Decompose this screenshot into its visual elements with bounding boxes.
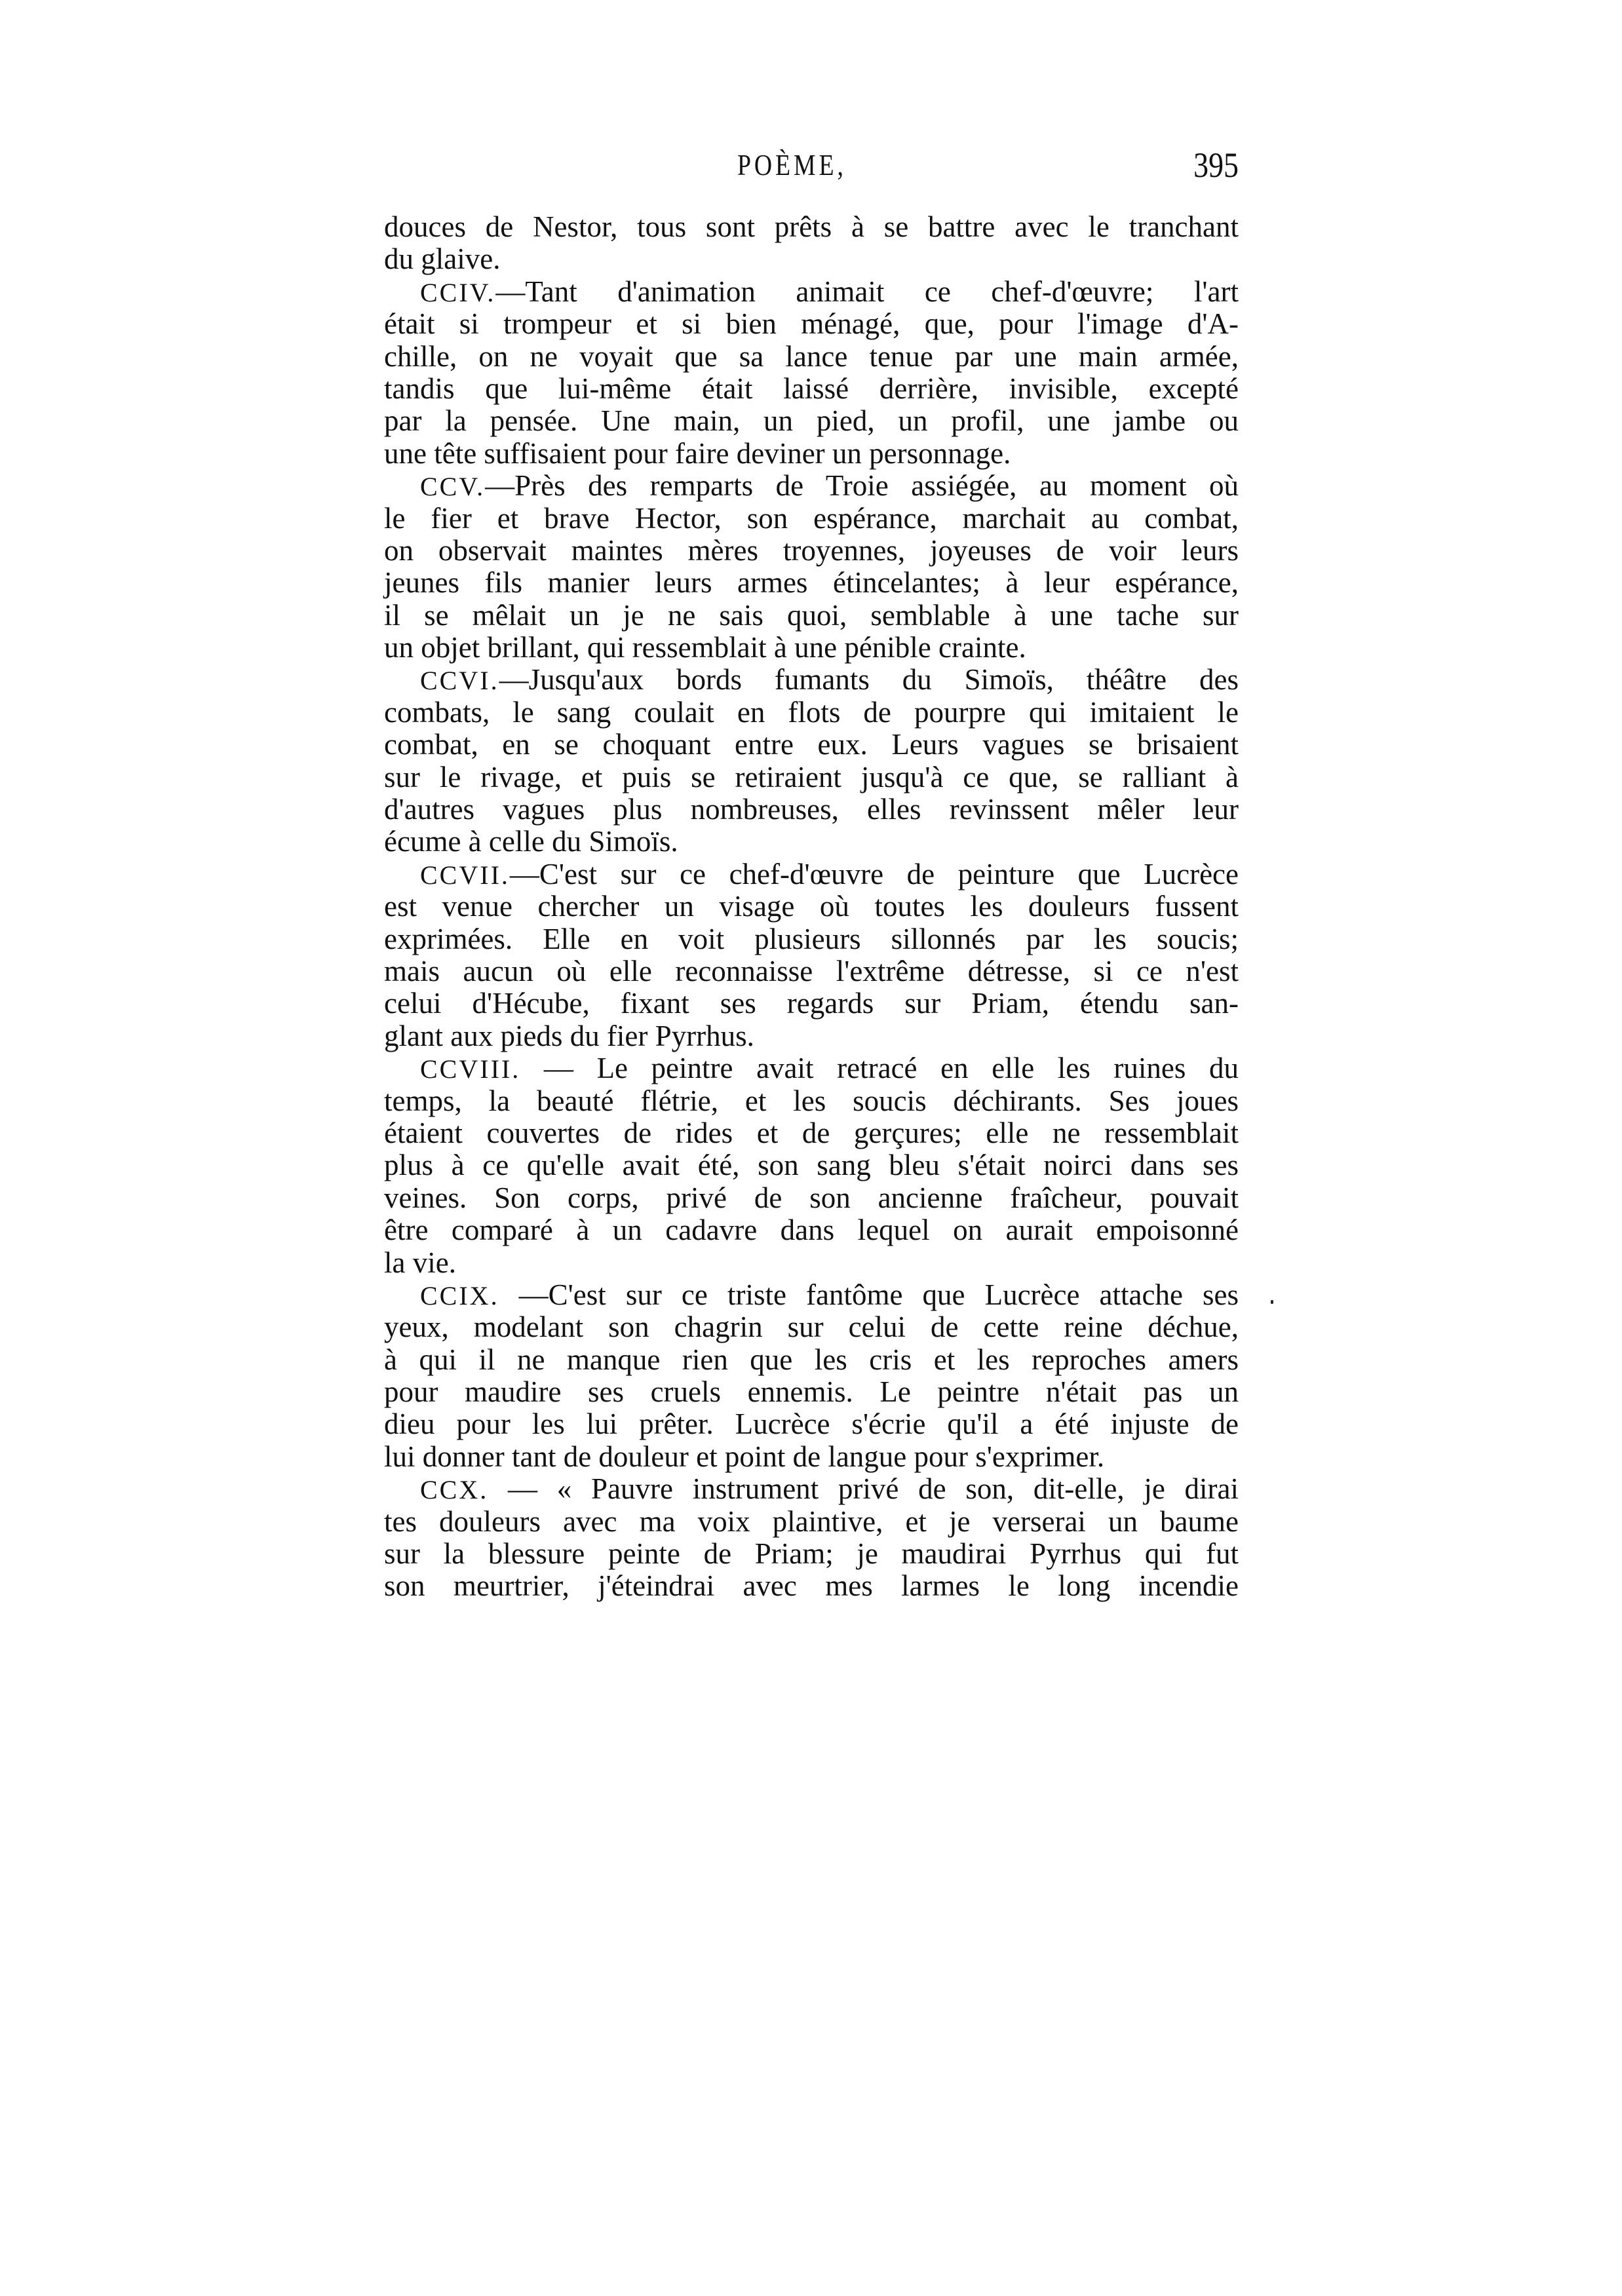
section-number: CCX. bbox=[420, 1475, 488, 1504]
text-line: son meurtrier, j'éteindrai avec mes larm… bbox=[384, 1570, 1239, 1602]
print-speck bbox=[1271, 1300, 1273, 1304]
section-number: CCVIII. bbox=[420, 1054, 520, 1084]
text-line: tandis que lui-même était laissé derrièr… bbox=[384, 373, 1239, 405]
text-line: le fier et brave Hector, son espérance, … bbox=[384, 503, 1239, 535]
body-text: douces de Nestor, tous sont prêts à se b… bbox=[384, 211, 1239, 1603]
text-line: la vie. bbox=[384, 1247, 1239, 1279]
text-line: d'autres vagues plus nombreuses, elles r… bbox=[384, 794, 1239, 826]
text-line: était si trompeur et si bien ménagé, que… bbox=[384, 308, 1239, 340]
page-header: POÈME, 395 bbox=[384, 145, 1239, 185]
text-line: du glaive. bbox=[384, 243, 1239, 275]
text-line: CCVII.—C'est sur ce chef-d'œuvre de pein… bbox=[384, 858, 1239, 890]
text-line: étaient couvertes de rides et de gerçure… bbox=[384, 1117, 1239, 1149]
text-line: glant aux pieds du fier Pyrrhus. bbox=[384, 1020, 1239, 1052]
text-line: temps, la beauté flétrie, et les soucis … bbox=[384, 1085, 1239, 1117]
section-number: CCIV. bbox=[420, 278, 495, 307]
text-line: lui donner tant de douleur et point de l… bbox=[384, 1441, 1239, 1473]
paragraph-ccx: CCX. — « Pauvre instrument privé de son,… bbox=[384, 1473, 1239, 1603]
running-title: POÈME, bbox=[737, 145, 847, 185]
text-line: jeunes fils manier leurs armes étincelan… bbox=[384, 567, 1239, 599]
paragraph-cciv: CCIV.—Tant d'animation animait ce chef-d… bbox=[384, 276, 1239, 470]
paragraph-ccix: CCIX. —C'est sur ce triste fantôme que L… bbox=[384, 1279, 1239, 1473]
text-line: yeux, modelant son chagrin sur celui de … bbox=[384, 1311, 1239, 1343]
text-line: tes douleurs avec ma voix plaintive, et … bbox=[384, 1506, 1239, 1538]
text-line: CCX. — « Pauvre instrument privé de son,… bbox=[384, 1473, 1239, 1505]
text-line: combat, en se choquant entre eux. Leurs … bbox=[384, 729, 1239, 761]
text-line: à qui il ne manque rien que les cris et … bbox=[384, 1344, 1239, 1376]
text-line: un objet brillant, qui ressemblait à une… bbox=[384, 632, 1239, 664]
text-line: mais aucun où elle reconnaisse l'extrême… bbox=[384, 955, 1239, 987]
paragraph-ccviii: CCVIII. — Le peintre avait retracé en el… bbox=[384, 1052, 1239, 1279]
text-line: CCV.—Près des remparts de Troie assiégée… bbox=[384, 470, 1239, 502]
text-line: CCIX. —C'est sur ce triste fantôme que L… bbox=[384, 1279, 1239, 1311]
text-line: exprimées. Elle en voit plusieurs sillon… bbox=[384, 923, 1239, 955]
text-line: douces de Nestor, tous sont prêts à se b… bbox=[384, 211, 1239, 243]
text-line: CCVI.—Jusqu'aux bords fumants du Simoïs,… bbox=[384, 664, 1239, 696]
text-line: dieu pour les lui prêter. Lucrèce s'écri… bbox=[384, 1408, 1239, 1440]
text-line: veines. Son corps, privé de son ancienne… bbox=[384, 1182, 1239, 1214]
text-line: sur la blessure peinte de Priam; je maud… bbox=[384, 1538, 1239, 1570]
section-number: CCVI. bbox=[420, 666, 499, 695]
text-line: celui d'Hécube, fixant ses regards sur P… bbox=[384, 987, 1239, 1020]
text-line: sur le rivage, et puis se retiraient jus… bbox=[384, 761, 1239, 794]
text-line: est venue chercher un visage où toutes l… bbox=[384, 890, 1239, 923]
text-line: chille, on ne voyait que sa lance tenue … bbox=[384, 341, 1239, 373]
text-line: CCIV.—Tant d'animation animait ce chef-d… bbox=[384, 276, 1239, 308]
page-number: 395 bbox=[1193, 145, 1239, 185]
text-line: on observait maintes mères troyennes, jo… bbox=[384, 535, 1239, 567]
text-line: plus à ce qu'elle avait été, son sang bl… bbox=[384, 1149, 1239, 1181]
paragraph-ccvi: CCVI.—Jusqu'aux bords fumants du Simoïs,… bbox=[384, 664, 1239, 858]
text-line: pour maudire ses cruels ennemis. Le pein… bbox=[384, 1376, 1239, 1408]
text-line: combats, le sang coulait en flots de pou… bbox=[384, 697, 1239, 729]
text-line: écume à celle du Simoïs. bbox=[384, 826, 1239, 858]
text-line: CCVIII. — Le peintre avait retracé en el… bbox=[384, 1052, 1239, 1084]
text-line: il se mêlait un je ne sais quoi, semblab… bbox=[384, 600, 1239, 632]
paragraph-ccvii: CCVII.—C'est sur ce chef-d'œuvre de pein… bbox=[384, 858, 1239, 1052]
section-number: CCVII. bbox=[420, 860, 510, 890]
text-line: une tête suffisaient pour faire deviner … bbox=[384, 438, 1239, 470]
paragraph-ccv: CCV.—Près des remparts de Troie assiégée… bbox=[384, 470, 1239, 664]
text-line: par la pensée. Une main, un pied, un pro… bbox=[384, 405, 1239, 437]
section-number: CCV. bbox=[420, 472, 485, 501]
paragraph-continuation: douces de Nestor, tous sont prêts à se b… bbox=[384, 211, 1239, 276]
section-number: CCIX. bbox=[420, 1281, 499, 1311]
text-line: être comparé à un cadavre dans lequel on… bbox=[384, 1214, 1239, 1246]
